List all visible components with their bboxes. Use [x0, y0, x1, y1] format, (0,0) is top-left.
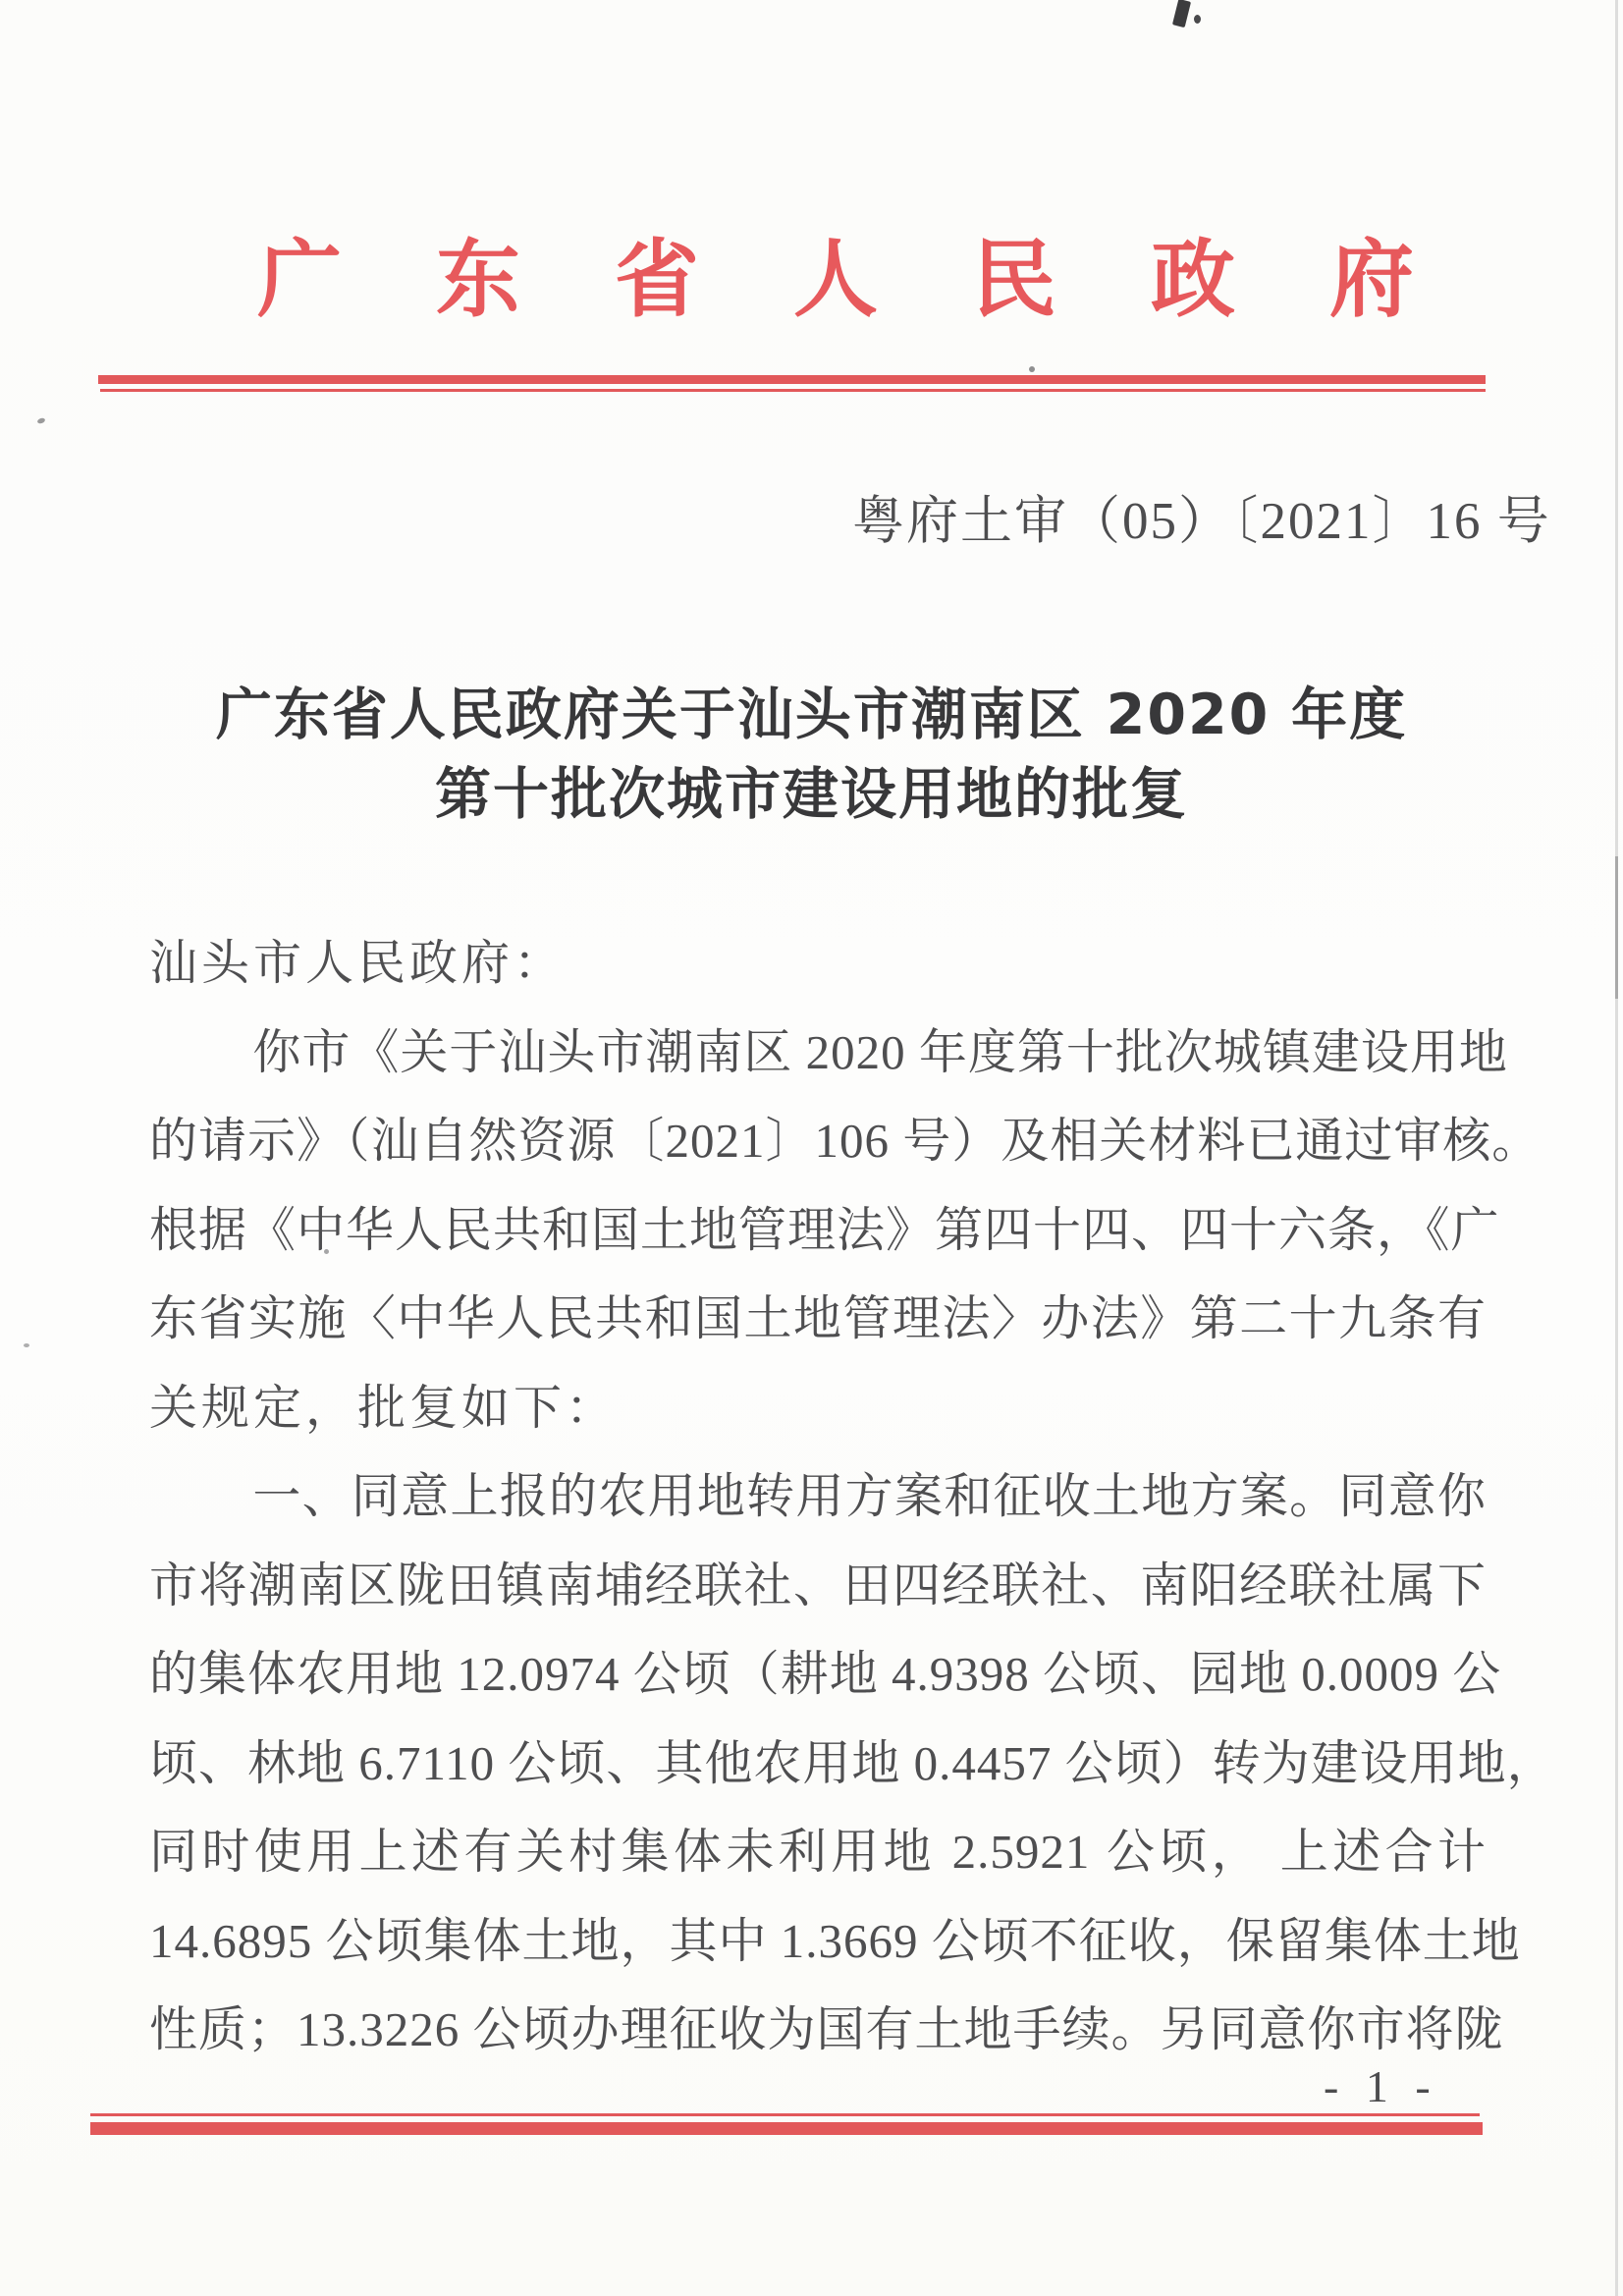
document-title-line-1: 广东省人民政府关于汕头市潮南区 2020 年度 [0, 676, 1623, 755]
body-line: 市将潮南区陇田镇南埔经联社、田四经联社、南阳经联社属下 [149, 1542, 1487, 1631]
letterhead-rule-thick [98, 375, 1486, 384]
document-body: 汕头市人民政府： 你市《关于汕头市潮南区 2020 年度第十批次城镇建设用地 的… [149, 919, 1487, 2075]
body-line: 根据《中华人民共和国土地管理法》第四十四、四十六条，《广 [149, 1186, 1487, 1276]
scan-edge-line [1615, 856, 1618, 999]
scan-artifact [24, 1343, 29, 1347]
body-line: 的集体农用地 12.0974 公顷（耕地 4.9398 公顷、园地 0.0009… [149, 1630, 1487, 1720]
body-line: 性质；13.3226 公顷办理征收为国有土地手续。另同意你市将陇 [149, 1986, 1487, 2075]
footer-rule-thin [90, 2113, 1480, 2116]
body-line: 东省实施〈中华人民共和国土地管理法〉办法》第二十九条有 [149, 1275, 1487, 1364]
document-title: 广东省人民政府关于汕头市潮南区 2020 年度 第十批次城市建设用地的批复 [0, 676, 1623, 835]
document-title-line-2: 第十批次城市建设用地的批复 [0, 755, 1623, 835]
scanned-document-page: 广东省人民政府 粤府土审（05）〔2021〕16 号 广东省人民政府关于汕头市潮… [0, 0, 1623, 2296]
body-line: 一、同意上报的农用地转用方案和征收土地方案。同意你 [149, 1452, 1487, 1542]
body-line: 14.6895 公顷集体土地，其中 1.3669 公顷不征收，保留集体土地 [149, 1897, 1487, 1987]
body-line: 关规定，批复如下： [149, 1364, 1487, 1453]
body-line: 顷、林地 6.7110 公顷、其他农用地 0.4457 公顷）转为建设用地， [149, 1720, 1487, 1809]
scan-artifact [1029, 366, 1035, 372]
scan-artifact [324, 1249, 329, 1254]
scan-artifact [1172, 0, 1191, 27]
scan-artifact [1194, 15, 1201, 24]
scan-edge-line [1615, 0, 1618, 2296]
body-line: 你市《关于汕头市潮南区 2020 年度第十批次城镇建设用地 [149, 1009, 1487, 1098]
letterhead-org-name: 广东省人民政府 [257, 238, 1508, 322]
scan-artifact [36, 417, 45, 424]
document-number: 粤府土审（05）〔2021〕16 号 [852, 493, 1551, 550]
page-number: - 1 - [1324, 2060, 1438, 2112]
footer-rule-thick [90, 2122, 1483, 2135]
salutation: 汕头市人民政府： [149, 919, 1487, 1009]
body-line: 的请示》（汕自然资源〔2021〕106 号）及相关材料已通过审核。 [149, 1097, 1487, 1186]
body-line: 同时使用上述有关村集体未利用地 2.5921 公顷， 上述合计 [149, 1808, 1487, 1897]
letterhead-rule-thin [100, 389, 1486, 392]
